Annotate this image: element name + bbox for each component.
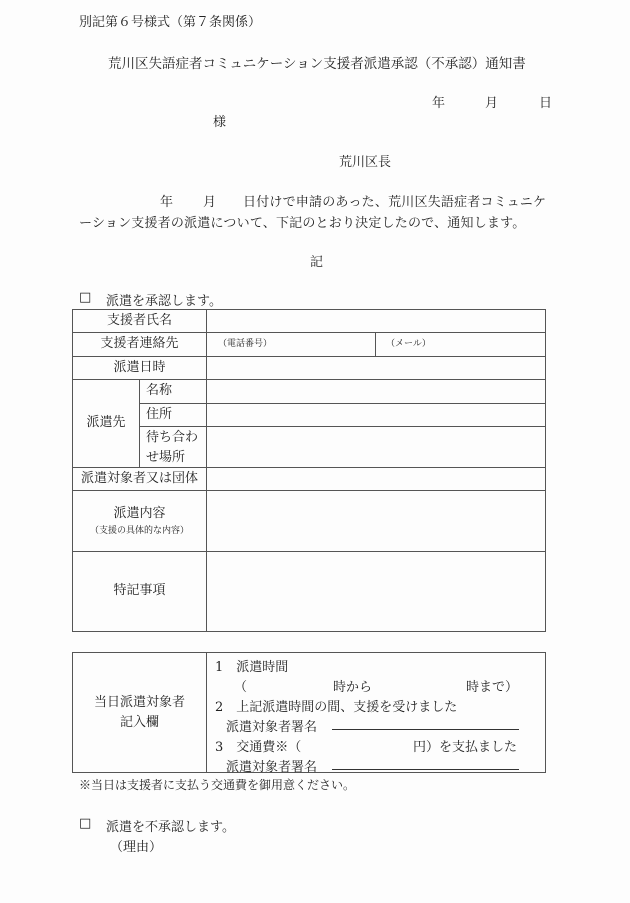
approve-checkbox[interactable]: □ xyxy=(79,290,91,305)
date-day-label: 日 xyxy=(539,92,552,111)
phone-field[interactable]: （電話番号） xyxy=(218,333,368,356)
content-label-sub: （支援の具体的な内容） xyxy=(90,525,189,538)
supporter-contact-label: 支援者連絡先 xyxy=(73,333,206,356)
signature-line-2[interactable] xyxy=(332,769,519,770)
footnote: ※当日は支援者に支払う交通費を御用意ください。 xyxy=(79,776,355,793)
dest-address-field[interactable] xyxy=(207,404,545,426)
dest-name-field[interactable] xyxy=(207,380,545,403)
email-field[interactable]: （メール） xyxy=(386,333,536,356)
notes-label: 特記事項 xyxy=(73,552,206,631)
document-title: 荒川区失語症者コミュニケーション支援者派遣承認（不承認）通知書 xyxy=(108,52,526,72)
signature-label-2: 派遣対象者署名 xyxy=(226,756,317,775)
signature-label-1: 派遣対象者署名 xyxy=(226,716,317,735)
signature-line-1[interactable] xyxy=(332,729,519,730)
destination-label: 派遣先 xyxy=(73,380,139,467)
target-label: 派遣対象者又は団体 xyxy=(73,468,206,490)
item2-received-support: 2 上記派遣時間の間、支援を受けました xyxy=(215,696,457,715)
date-year-label: 年 xyxy=(432,92,445,111)
dispatch-datetime-label: 派遣日時 xyxy=(73,357,206,379)
para-month: 月 xyxy=(203,191,216,210)
approve-label: 派遣を承認します。 xyxy=(106,290,222,309)
dest-name-label: 名称 xyxy=(146,380,206,403)
form-number: 別記第６号様式（第７条関係） xyxy=(79,11,261,30)
item1-dispatch-time: 1 派遣時間 xyxy=(215,656,288,675)
content-label: 派遣内容 （支援の具体的な内容） xyxy=(73,491,206,551)
para-year: 年 xyxy=(160,191,173,210)
entry-label: 当日派遣対象者 記入欄 xyxy=(73,653,206,772)
dest-meeting-label: 待ち合わ せ場所 xyxy=(146,428,198,468)
reject-reason-label: （理由） xyxy=(110,836,162,855)
target-field[interactable] xyxy=(207,468,545,490)
para-line1: 日付けで申請のあった、荒川区失語症者コミュニケ xyxy=(243,191,546,210)
content-label-main: 派遣内容 xyxy=(113,505,165,523)
item1-open-paren: （ xyxy=(234,676,247,695)
item3-transport-fee: 3 交通費※（ xyxy=(215,736,301,755)
date-month-label: 月 xyxy=(485,92,498,111)
item3-yen-label: 円）を支払ました xyxy=(413,736,517,755)
supporter-name-field[interactable] xyxy=(207,310,545,332)
notes-field[interactable] xyxy=(207,552,545,631)
para-line2: ーション支援者の派遣について、下記のとおり決定したので、通知します。 xyxy=(79,212,525,231)
dest-meeting-field[interactable] xyxy=(207,427,545,467)
content-field[interactable] xyxy=(207,491,545,551)
item1-to-label: 時まで） xyxy=(466,676,518,695)
ki-heading: 記 xyxy=(310,251,323,270)
dest-address-label: 住所 xyxy=(146,404,206,426)
addressee-suffix: 様 xyxy=(213,111,226,130)
entry-label-line1: 当日派遣対象者 xyxy=(94,693,185,713)
supporter-name-label: 支援者氏名 xyxy=(73,310,206,332)
entry-label-line2: 記入欄 xyxy=(120,713,159,733)
reject-checkbox[interactable]: □ xyxy=(79,816,91,831)
dispatch-datetime-field[interactable] xyxy=(207,357,545,379)
dest-meeting-label-line1: 待ち合わ xyxy=(146,428,198,448)
reject-label: 派遣を不承認します。 xyxy=(106,816,235,835)
issuer: 荒川区長 xyxy=(339,151,391,170)
dest-meeting-label-line2: せ場所 xyxy=(146,448,198,468)
item1-from-label: 時から xyxy=(333,676,372,695)
